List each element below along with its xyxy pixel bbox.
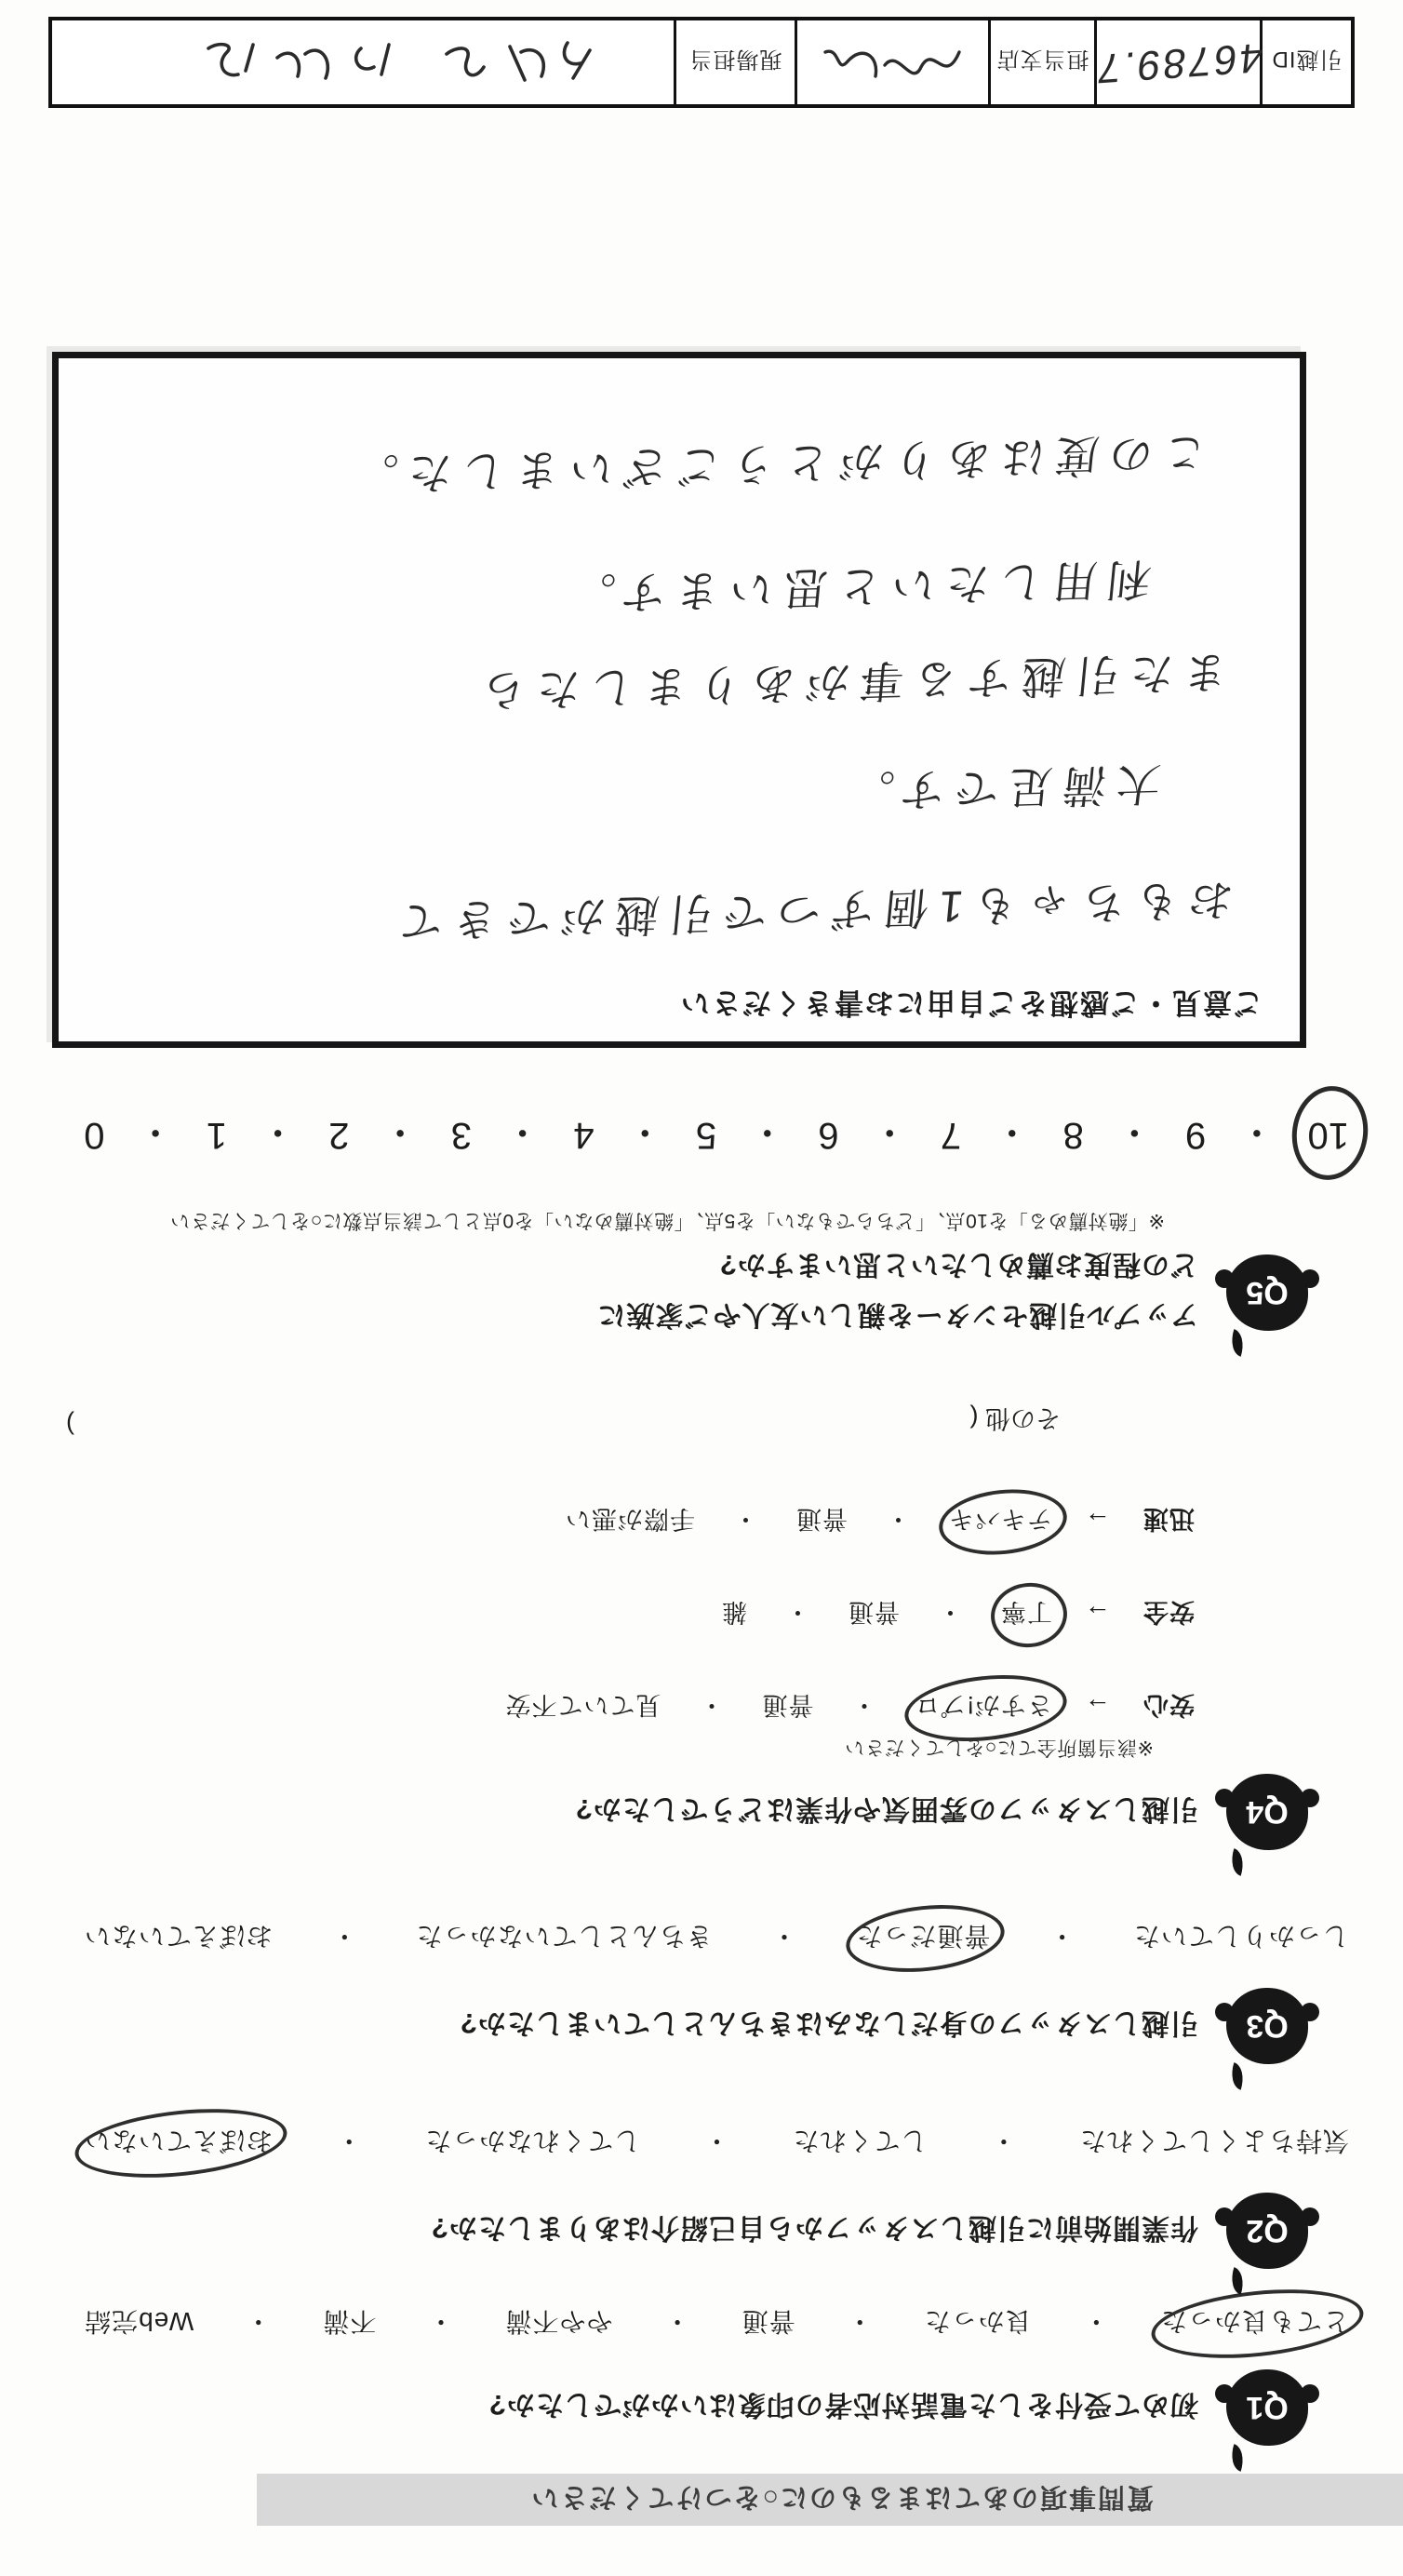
option-separator: ・: [499, 1108, 547, 1161]
option: してくれなかった: [424, 2124, 640, 2161]
option: 手際が悪い: [565, 1503, 695, 1539]
q4-category-label: 安心: [1142, 1689, 1195, 1725]
q4-badge: Q4: [1226, 1774, 1308, 1850]
sprout-icon: [1226, 2267, 1248, 2295]
option-separator: ・: [325, 1919, 363, 1956]
option-separator: ・: [984, 2124, 1022, 2161]
option-separator: ・: [1233, 1108, 1281, 1161]
q1-badge-label: Q1: [1246, 2390, 1288, 2426]
q1-options: とても良かった・良かった・普通・やや不満・不満・Web完結: [84, 2304, 1349, 2341]
q2-badge-label: Q2: [1246, 2213, 1288, 2249]
instruction-bar: 質問事項のあてはまるものに○をつけてください: [257, 2474, 1403, 2526]
arrow-right: →: [1084, 1507, 1111, 1536]
q4-row-安心: 安心→さすが!プロ・普通・見ていて不安: [504, 1689, 1195, 1725]
handwritten-id: 46789.7: [1092, 33, 1264, 91]
q5-text-line1: アップル引越センターを親しい友人やご家族に: [597, 1297, 1199, 1338]
option: 気持ちよくしてくれた: [1079, 2124, 1349, 2161]
handwritten-comment-line: 利用したいと思います。: [558, 551, 1155, 629]
option: きちんとしていなかった: [416, 1919, 713, 1956]
sprout-icon: [1226, 1848, 1248, 1876]
arrow-right: →: [1084, 1693, 1111, 1723]
q5-badge-label: Q5: [1246, 1275, 1288, 1311]
handwritten-comment-line: また引越する事がありましたら: [469, 643, 1230, 725]
handwritten-branch-signature: [809, 32, 977, 93]
option-separator: ・: [1110, 1108, 1158, 1161]
option-separator: ・: [1076, 2304, 1115, 2341]
option-separator: ・: [845, 1689, 882, 1725]
option: してくれた: [793, 2124, 928, 2161]
selected-option: テキパキ: [948, 1503, 1052, 1539]
handwritten-comment-line: この度はありがとうございました。: [341, 424, 1209, 509]
option-separator: ・: [421, 2304, 460, 2341]
q3-text: 引越しスタッフの身だしなみはきちんとしていましたか?: [460, 2006, 1198, 2046]
arrow-right: →: [1084, 1600, 1111, 1630]
selected-option: おぼえていない: [84, 2124, 273, 2161]
scale-value: 2: [328, 1114, 349, 1156]
site-staff-value: [52, 20, 674, 104]
q5-text: アップル引越センターを親しい友人やご家族に どの程度お薦めしたいと思いますか?: [597, 1247, 1199, 1338]
option-separator: ・: [621, 1108, 669, 1161]
selected-option: 普通だった: [855, 1919, 990, 1956]
q3-badge: Q3: [1226, 1988, 1308, 2064]
branch-value: [795, 20, 988, 104]
option-separator: ・: [779, 1596, 816, 1632]
option: おぼえていない: [84, 1919, 273, 1956]
moving-id-value: 46789.7: [1094, 20, 1260, 104]
q5-badge: Q5: [1226, 1254, 1308, 1331]
site-staff-label: 現場担当: [674, 20, 795, 104]
option-separator: ・: [692, 1689, 729, 1725]
question-4: Q4 引越しスタッフの雰囲気や作業はどうでしたか?: [575, 1774, 1308, 1850]
question-5: Q5 アップル引越センターを親しい友人やご家族に どの程度お薦めしたいと思います…: [597, 1247, 1309, 1338]
scale-value: 4: [573, 1114, 594, 1156]
scale-value: 8: [1062, 1114, 1083, 1156]
q5-note: ※「絶対薦める」を10点、「どちらでもない」を5点、「絶対薦めない」を0点として…: [170, 1208, 1165, 1236]
scale-value: 5: [696, 1114, 716, 1156]
sprout-icon: [1226, 2444, 1248, 2472]
q2-options: 気持ちよくしてくれた・してくれた・してくれなかった・おぼえていない: [84, 2124, 1349, 2161]
selected-option: とても良かった: [1160, 2304, 1349, 2341]
question-2: Q2 作業開始前に引越しスタッフから自己紹介はありましたか?: [431, 2193, 1308, 2269]
option: 良かった: [924, 2304, 1032, 2341]
question-1: Q1 初めて受付をした電話対応者の印象はいかがでしたか?: [488, 2369, 1308, 2446]
scale-value: 9: [1185, 1114, 1206, 1156]
option: 普通: [742, 2304, 795, 2341]
scale-value: 3: [451, 1114, 472, 1156]
q4-row-迅速: 迅速→テキパキ・普通・手際が悪い: [565, 1503, 1195, 1539]
option: やや不満: [505, 2304, 613, 2341]
selected-option: 丁寧: [1000, 1596, 1052, 1632]
option-separator: ・: [879, 1503, 916, 1539]
branch-label: 担当支店: [988, 20, 1094, 104]
q2-text: 作業開始前に引越しスタッフから自己紹介はありましたか?: [431, 2210, 1198, 2251]
q4-text: 引越しスタッフの雰囲気や作業はどうでしたか?: [575, 1791, 1198, 1832]
option: 普通: [848, 1596, 900, 1632]
selected-option: さすが!プロ: [914, 1689, 1052, 1725]
comment-box: ご意見・ご感想をご自由にお書きください おもちゃも1個ずつで引越ができて大満足で…: [52, 352, 1306, 1048]
question-3: Q3 引越しスタッフの身だしなみはきちんとしていましたか?: [460, 1988, 1308, 2064]
option-separator: ・: [376, 1108, 424, 1161]
comment-box-header: ご意見・ご感想をご自由にお書きください: [59, 985, 1263, 1026]
scanned-survey-sheet: 質問事項のあてはまるものに○をつけてください Q1 初めて受付をした電話対応者の…: [0, 0, 1403, 2576]
option-separator: ・: [698, 2124, 736, 2161]
scale-value: 1: [207, 1114, 227, 1156]
option: 不満: [322, 2304, 376, 2341]
option-separator: ・: [1043, 1919, 1081, 1956]
option: 普通: [795, 1503, 848, 1539]
q4-note: ※該当箇所全てに○をしてください: [845, 1735, 1154, 1763]
q4-row-安全: 安全→丁寧・普通・雑: [721, 1596, 1195, 1632]
option-separator: ・: [131, 1108, 180, 1161]
q2-badge: Q2: [1226, 2193, 1308, 2269]
q4-other-close-paren: ): [66, 1410, 74, 1439]
option-separator: ・: [727, 1503, 764, 1539]
staff-table: 引越ID 46789.7 担当支店 現場担当: [48, 17, 1355, 108]
q1-text: 初めて受付をした電話対応者の印象はいかがでしたか?: [488, 2387, 1198, 2428]
scale-value: 6: [818, 1114, 838, 1156]
q3-badge-label: Q3: [1246, 2008, 1288, 2045]
q4-category-label: 安全: [1142, 1596, 1195, 1632]
option-separator: ・: [329, 2124, 367, 2161]
q4-badge-label: Q4: [1246, 1794, 1288, 1831]
scale-value: 7: [941, 1114, 961, 1156]
option-separator: ・: [988, 1108, 1036, 1161]
q3-options: しっかりしていた・普通だった・きちんとしていなかった・おぼえていない: [84, 1919, 1349, 1956]
sprout-icon: [1226, 1329, 1248, 1357]
scale-value: 0: [84, 1114, 104, 1156]
q1-badge: Q1: [1226, 2369, 1308, 2446]
handwritten-staff-name: [112, 30, 614, 95]
option: 普通: [761, 1689, 813, 1725]
option: Web完結: [84, 2304, 194, 2341]
option-separator: ・: [865, 1108, 914, 1161]
option-separator: ・: [765, 1919, 803, 1956]
sprout-icon: [1226, 2062, 1248, 2090]
option-separator: ・: [254, 1108, 302, 1161]
option: 見ていて不安: [504, 1689, 661, 1725]
q4-other-label: その他 (: [970, 1402, 1062, 1439]
q5-rating-scale: 10・9・8・7・6・5・4・3・2・1・0: [84, 1108, 1349, 1161]
option: しっかりしていた: [1133, 1919, 1349, 1956]
instruction-text: 質問事項のあてはまるものに○をつけてください: [529, 2481, 1154, 2519]
option: 雑: [721, 1596, 747, 1632]
q5-text-line2: どの程度お薦めしたいと思いますか?: [597, 1247, 1199, 1288]
option-separator: ・: [743, 1108, 792, 1161]
handwritten-comment-line: 大満足です。: [837, 755, 1164, 825]
option-separator: ・: [658, 2304, 696, 2341]
scale-value-selected: 10: [1308, 1114, 1350, 1156]
q4-category-label: 迅速: [1142, 1503, 1195, 1539]
option-separator: ・: [840, 2304, 878, 2341]
handwritten-comment-line: おもちゃも1個ずつで引越ができて: [386, 871, 1236, 956]
moving-id-label: 引越ID: [1260, 20, 1351, 104]
option-separator: ・: [239, 2304, 277, 2341]
option-separator: ・: [931, 1596, 969, 1632]
